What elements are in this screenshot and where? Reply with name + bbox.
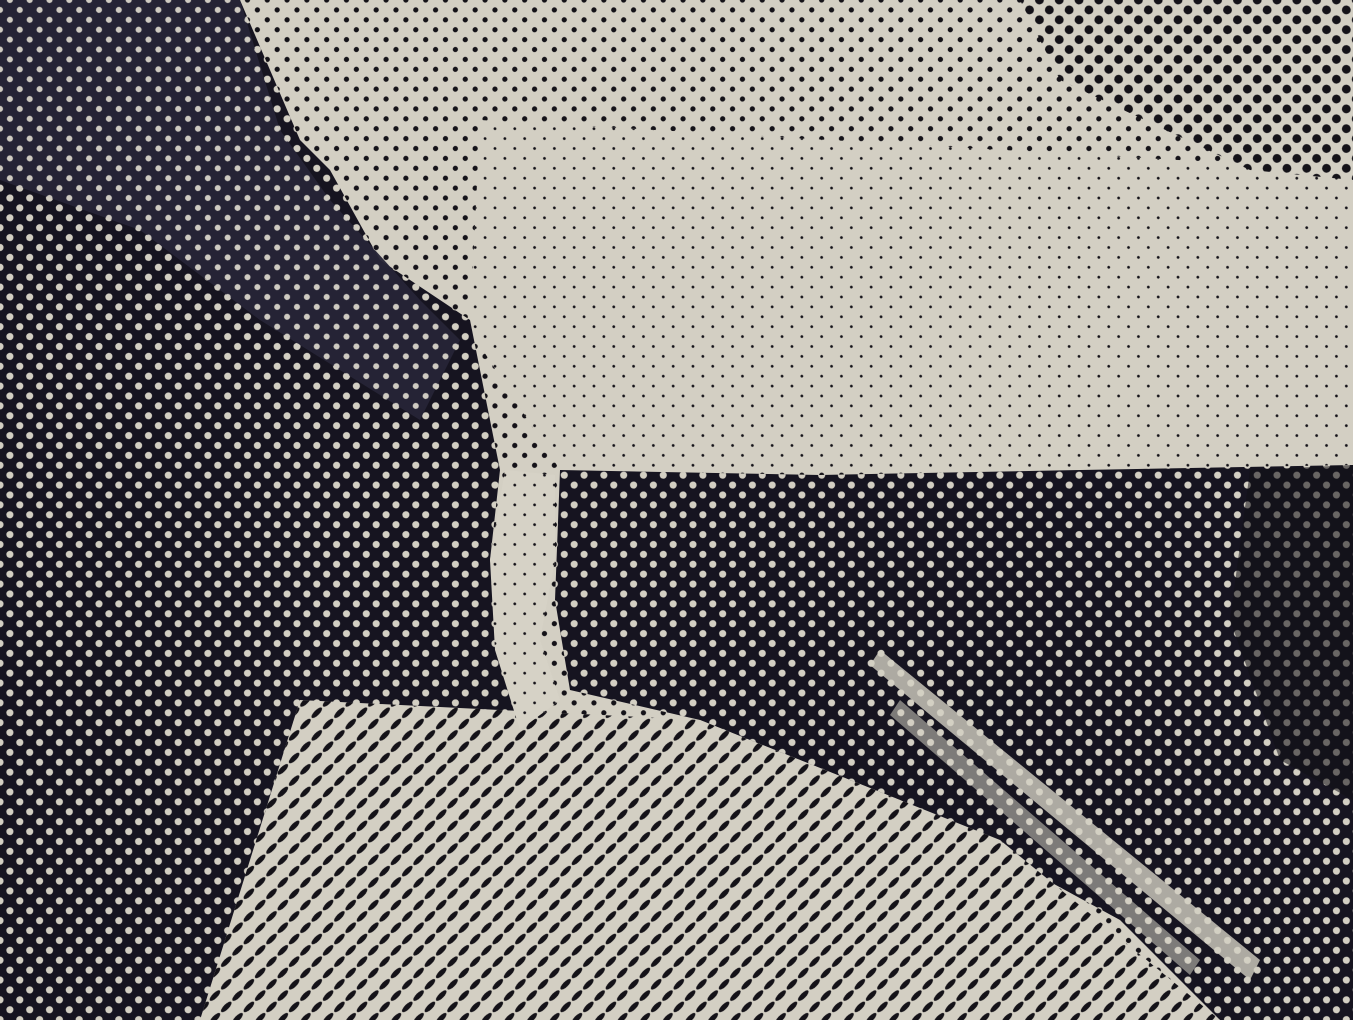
halftone-image <box>0 0 1353 1020</box>
halftone-artwork <box>0 0 1353 1020</box>
